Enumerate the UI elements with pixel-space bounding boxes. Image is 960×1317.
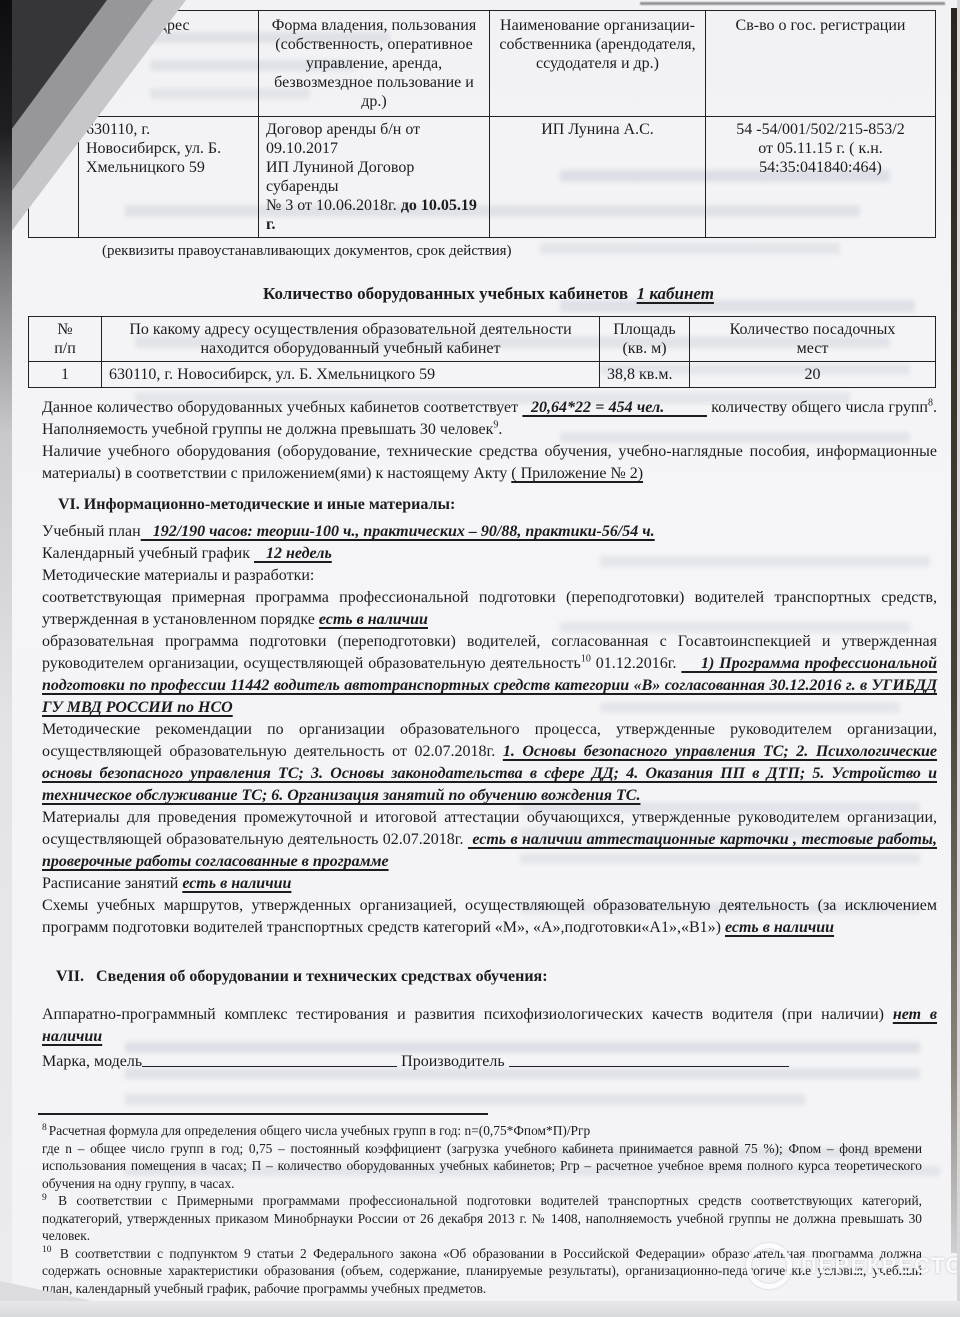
text-run: есть в наличии xyxy=(182,875,291,892)
table-cell-row-number: 1 xyxy=(29,362,102,388)
text-run: Методические материалы и разработки: xyxy=(42,567,314,584)
table-cell-registration: 54 -54/001/502/215-853/2 от 05.11.15 г. … xyxy=(706,117,936,238)
paragraph-timetable: Расписание занятий есть в наличии xyxy=(42,873,937,895)
watermark-text: ПЕРЕКРЕСТОК xyxy=(801,1253,960,1279)
document-content: Адрес Форма владения, пользования (собст… xyxy=(0,0,960,1297)
text-run: Расписание занятий xyxy=(42,875,182,892)
paragraph-equipment-availability: Наличие учебного оборудования (оборудова… xyxy=(42,441,937,485)
table-header-tenure: Форма владения, пользования (собственнос… xyxy=(259,11,490,117)
table-cell-cabinet-address: 630110, г. Новосибирск, ул. Б. Хмельницк… xyxy=(102,362,600,388)
table-cell-address: 630110, г. Новосибирск, ул. Б. Хмельницк… xyxy=(79,117,259,238)
paragraph-hardware-complex: Аппаратно-программный комплекс тестирова… xyxy=(42,1004,937,1048)
text-run: 01.12.2016г. xyxy=(591,655,682,672)
paragraph-route-schemes: Схемы учебных маршрутов, утвержденных ор… xyxy=(42,895,937,939)
text-run: 12 недель xyxy=(254,545,332,562)
text-run: Учебный план xyxy=(42,523,141,540)
footnote-number: 8 xyxy=(42,1123,47,1133)
text-run: . xyxy=(498,421,502,438)
footnote-number: 9 xyxy=(42,1193,47,1203)
text-run: Данное количество оборудованных учебных … xyxy=(42,399,522,416)
footnote: 9 В соответствии с Примерными программам… xyxy=(42,1192,922,1245)
scan-edge-bottom xyxy=(0,1301,960,1317)
footnote-text: В соответствии с Примерными программами … xyxy=(42,1193,922,1243)
table-row: 1 630110, г. Новосибирск, ул. Б. Хмельни… xyxy=(29,362,936,388)
text-run: соответствующая примерная программа проф… xyxy=(42,589,937,628)
table-row: 1 630110, г. Новосибирск, ул. Б. Хмельни… xyxy=(29,117,936,238)
tenure-main-text: Договор аренды б/н от 09.10.2017 ИП Луни… xyxy=(266,121,420,214)
paragraph-methodical-materials: Методические материалы и разработки: xyxy=(42,565,937,587)
text-run: Наличие учебного оборудования (оборудова… xyxy=(42,443,937,482)
text-run: есть в наличии xyxy=(319,611,428,628)
paragraph-calendar-schedule: Календарный учебный график 12 недель xyxy=(42,543,937,565)
scan-edge-left xyxy=(0,0,12,1317)
table-header-cabinet-address: По какому адресу осуществления образоват… xyxy=(102,317,600,362)
document-body: Данное количество оборудованных учебных … xyxy=(42,397,937,1073)
cabinets-count-value: 1 кабинет xyxy=(637,284,714,303)
table-caption: (реквизиты правоустанавливающих документ… xyxy=(102,243,935,260)
blank-underline xyxy=(509,1051,789,1067)
table-header-row-number: № п/п xyxy=(29,317,102,362)
footnote-number: 10 xyxy=(42,1245,52,1255)
cabinet-table: № п/п По какому адресу осуществления обр… xyxy=(28,316,936,388)
footnote-text: Расчетная формула для определения общего… xyxy=(42,1123,922,1191)
paragraph-education-program: образовательная программа подготовки (пе… xyxy=(42,631,937,719)
text-run: Календарный учебный график xyxy=(42,545,254,562)
paragraph-study-plan: Учебный план 192/190 часов: теории-100 ч… xyxy=(42,521,937,543)
watermark-stamp: ПЕРЕКРЕСТОК xyxy=(746,1243,960,1289)
footnote: 8Расчетная формула для определения общег… xyxy=(42,1122,922,1192)
text-run: Марка, модель xyxy=(42,1053,142,1070)
table-cell-area: 38,8 кв.м. xyxy=(600,362,690,388)
text-run: Аппаратно-программный комплекс тестирова… xyxy=(42,1006,893,1023)
text-run: есть в наличии xyxy=(725,919,834,936)
cabinets-count-title: Количество оборудованных учебных кабинет… xyxy=(42,284,935,304)
text-run: VI. Информационно-методические и иные ма… xyxy=(58,496,455,513)
footnote-separator xyxy=(38,1113,488,1115)
table-cell-owner: ИП Лунина А.С. xyxy=(490,117,706,238)
watermark-logo-icon xyxy=(746,1243,792,1289)
text-run: ( Приложение № 2) xyxy=(511,465,643,482)
text-run: VII. Сведения об оборудовании и техничес… xyxy=(56,968,548,985)
table-header-seats: Количество посадочных мест xyxy=(690,317,936,362)
paragraph-methodical-recommendations: Методические рекомендации по организации… xyxy=(42,719,937,807)
table-cell-seats: 20 xyxy=(690,362,936,388)
paragraph-cabinet-capacity: Данное количество оборудованных учебных … xyxy=(42,397,937,441)
table-header-area: Площадь (кв. м) xyxy=(600,317,690,362)
table-header-registration: Св-во о гос. регистрации xyxy=(706,11,936,117)
premises-table: Адрес Форма владения, пользования (собст… xyxy=(28,10,936,238)
table-cell-tenure: Договор аренды б/н от 09.10.2017 ИП Луни… xyxy=(259,117,490,238)
section-heading-vii: VII. Сведения об оборудовании и техничес… xyxy=(42,966,937,988)
text-run: Производитель xyxy=(397,1053,509,1070)
paragraph-sample-program: соответствующая примерная программа проф… xyxy=(42,587,937,631)
scanned-document-page: Адрес Форма владения, пользования (собст… xyxy=(0,0,960,1317)
text-run: количеству общего числа групп xyxy=(707,399,928,416)
text-run: 192/190 часов: теории-100 ч., практическ… xyxy=(141,523,655,540)
paragraph-make-model: Марка, модель Производитель xyxy=(42,1050,937,1073)
footnote-marker: 10 xyxy=(581,654,591,665)
section-heading-vi: VI. Информационно-методические и иные ма… xyxy=(42,494,937,516)
blank-underline xyxy=(142,1051,397,1067)
paragraph-attestation-materials: Материалы для проведения промежуточной и… xyxy=(42,807,937,873)
table-header-owner: Наименование организации-собственника (а… xyxy=(490,11,706,117)
text-run: 20,64*22 = 454 чел. xyxy=(522,399,707,416)
cabinets-count-label: Количество оборудованных учебных кабинет… xyxy=(263,284,628,303)
